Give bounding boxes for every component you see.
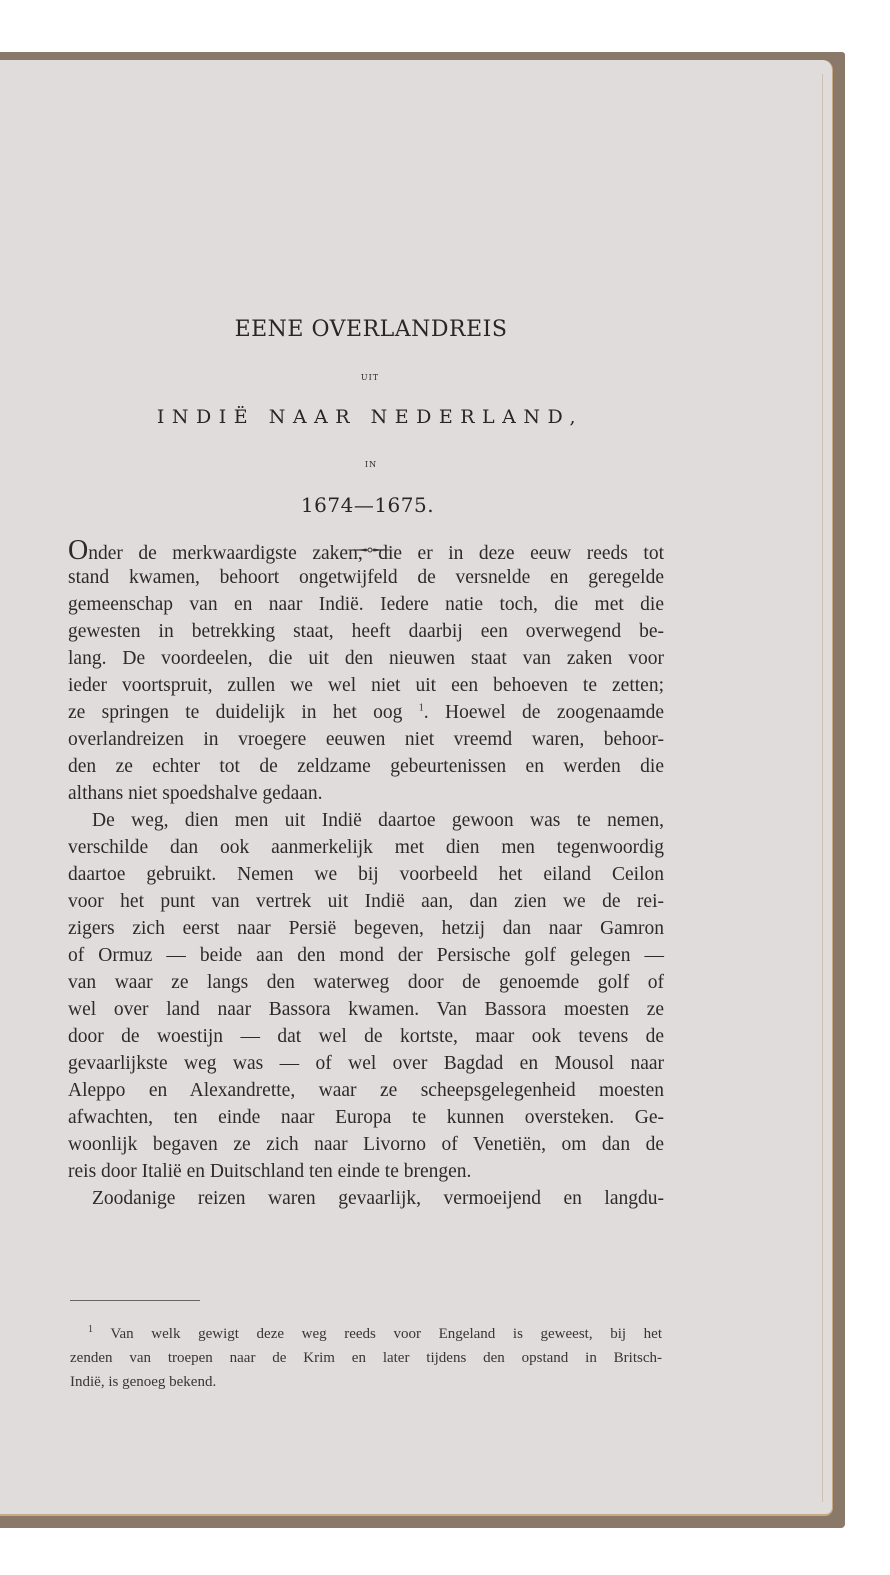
title-connector-uit: UIT [0, 373, 740, 382]
paragraph-line: Onder de merkwaardigste zaken, die er in… [68, 537, 664, 564]
paragraph-line: ieder voortspruit, zullen we wel niet ui… [68, 672, 664, 699]
book-page: EENE OVERLANDREIS UIT INDIË NAAR NEDERLA… [0, 60, 833, 1516]
footnote-line: Indië, is genoeg bekend. [70, 1370, 662, 1394]
paragraph-line: Zoodanige reizen waren gevaarlijk, vermo… [68, 1185, 664, 1212]
paragraph-line: voor het punt van vertrek uit Indië aan,… [68, 888, 664, 915]
dropcap-letter: O [68, 535, 88, 566]
paragraph-line: woonlijk begaven ze zich naar Livorno of… [68, 1131, 664, 1158]
paragraph-line: gemeenschap van en naar Indië. Iedere na… [68, 591, 664, 618]
paragraph-line: gevaarlijkste weg was — of wel over Bagd… [68, 1050, 664, 1077]
paragraph-line: lang. De voordeelen, die uit den nieuwen… [68, 645, 664, 672]
paragraph-line: gewesten in betrekking staat, heeft daar… [68, 618, 664, 645]
chapter-years: 1674—1675. [0, 493, 735, 517]
paragraph-line: verschilde dan ook aanmerkelijk met dien… [68, 834, 664, 861]
paragraph-line: reis door Italië en Duitschland ten eind… [68, 1158, 664, 1185]
chapter-title: EENE OVERLANDREIS [0, 317, 742, 342]
paragraph-line: De weg, dien men uit Indië daartoe gewoo… [68, 807, 664, 834]
footnote-marker: 1 [88, 1324, 93, 1335]
paragraph-line: ze springen te duidelijk in het oog 1. H… [68, 699, 664, 726]
footnote-divider [70, 1300, 200, 1301]
title-connector-in: IN [0, 460, 742, 469]
paragraph-line: door de woestijn — dat wel de kortste, m… [68, 1023, 664, 1050]
footnote-line: 1 Van welk gewigt deze weg reeds voor En… [70, 1322, 662, 1346]
paragraph-line: althans niet spoedshalve gedaan. [68, 780, 664, 807]
body-text: Onder de merkwaardigste zaken, die er in… [68, 537, 664, 1212]
paragraph-line: of Ormuz — beide aan den mond der Persis… [68, 942, 664, 969]
paragraph-line: zigers zich eerst naar Persië begeven, h… [68, 915, 664, 942]
paragraph-line: afwachten, ten einde naar Europa te kunn… [68, 1104, 664, 1131]
paragraph-line: daartoe gebruikt. Nemen we bij voorbeeld… [68, 861, 664, 888]
paragraph-line: wel over land naar Bassora kwamen. Van B… [68, 996, 664, 1023]
paragraph-line: Aleppo en Alexandrette, waar ze scheepsg… [68, 1077, 664, 1104]
paragraph-line: van waar ze langs den waterweg door de g… [68, 969, 664, 996]
paragraph-line: den ze echter tot de zeldzame gebeurteni… [68, 753, 664, 780]
paragraph-line: stand kwamen, behoort ongetwijfeld de ve… [68, 564, 664, 591]
paragraph-line: overlandreizen in vroegere eeuwen niet v… [68, 726, 664, 753]
chapter-subtitle: INDIË NAAR NEDERLAND, [0, 406, 740, 428]
footnote-line: zenden van troepen naar de Krim en later… [70, 1346, 662, 1370]
footnotes: 1 Van welk gewigt deze weg reeds voor En… [70, 1322, 662, 1394]
